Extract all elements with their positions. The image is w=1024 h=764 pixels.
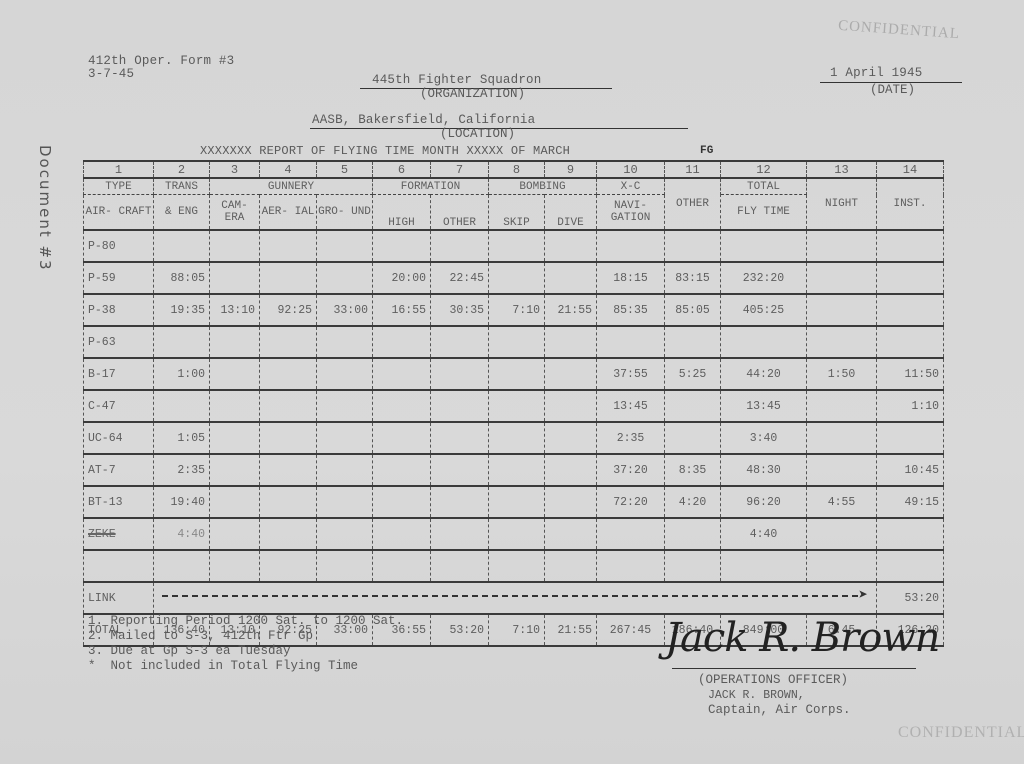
cell-dive bbox=[545, 358, 597, 390]
cell-camera bbox=[210, 518, 260, 550]
col-num: 1 bbox=[84, 161, 154, 178]
date-label: (DATE) bbox=[820, 83, 962, 97]
cell-high bbox=[373, 454, 431, 486]
cell-xc-nav: 18:15 bbox=[597, 262, 665, 294]
cell-total: 3:40 bbox=[721, 422, 807, 454]
cell-high bbox=[373, 486, 431, 518]
cell-dive bbox=[545, 486, 597, 518]
confidential-stamp-top: CONFIDENTIAL bbox=[838, 18, 961, 43]
cell-other bbox=[665, 422, 721, 454]
aircraft-type: P-38 bbox=[84, 294, 154, 326]
cell-ground bbox=[317, 230, 373, 262]
cell-xc-nav bbox=[597, 326, 665, 358]
cell-skip bbox=[489, 454, 545, 486]
subheader-aerial: AER- IAL bbox=[260, 195, 317, 231]
cell-aerial bbox=[260, 422, 317, 454]
cell-dive: 21:55 bbox=[545, 294, 597, 326]
cell-camera bbox=[210, 454, 260, 486]
header-type: TYPE bbox=[84, 178, 154, 195]
cell-other: 85:05 bbox=[665, 294, 721, 326]
cell-skip bbox=[489, 390, 545, 422]
cell-total bbox=[721, 230, 807, 262]
cell-high: 20:00 bbox=[373, 262, 431, 294]
cell-total: 44:20 bbox=[721, 358, 807, 390]
date-value: 1 April 1945 bbox=[820, 66, 962, 83]
cell-skip bbox=[489, 486, 545, 518]
officer-name: JACK R. BROWN, bbox=[708, 688, 851, 703]
cell-ground bbox=[317, 486, 373, 518]
cell-high bbox=[373, 230, 431, 262]
col-num: 11 bbox=[665, 161, 721, 178]
cell-night: 1:50 bbox=[807, 358, 877, 390]
cell-aerial bbox=[260, 326, 317, 358]
subheader-high: HIGH bbox=[373, 195, 431, 231]
table-row: P-59 88:05 20:00 22:45 18:15 83:15 232:2… bbox=[84, 262, 944, 294]
subheader-other-formation: OTHER bbox=[431, 195, 489, 231]
cell-high bbox=[373, 422, 431, 454]
col-num: 7 bbox=[431, 161, 489, 178]
cell-total: 13:45 bbox=[721, 390, 807, 422]
cell-high bbox=[373, 518, 431, 550]
cell-other: 8:35 bbox=[665, 454, 721, 486]
cell-xc-nav bbox=[597, 230, 665, 262]
footnote: 3. Due at Gp S-3 ea Tuesday bbox=[88, 644, 403, 659]
col-num: 9 bbox=[545, 161, 597, 178]
table-row: AT-7 2:35 37:20 8:35 48:30 10:45 bbox=[84, 454, 944, 486]
cell-aerial bbox=[260, 230, 317, 262]
cell-aerial: 92:25 bbox=[260, 294, 317, 326]
cell-skip bbox=[489, 358, 545, 390]
cell-skip bbox=[489, 518, 545, 550]
report-title: XXXXXXX REPORT OF FLYING TIME MONTH XXXX… bbox=[200, 144, 570, 158]
officer-block: (OPERATIONS OFFICER) JACK R. BROWN, Capt… bbox=[708, 673, 851, 718]
cell-other-formation: 30:35 bbox=[431, 294, 489, 326]
report-mark: FG bbox=[700, 145, 714, 157]
link-arrow-cell: ➤ bbox=[154, 582, 877, 614]
cell-other-formation bbox=[431, 230, 489, 262]
col-num: 8 bbox=[489, 161, 545, 178]
aircraft-type-struck: ZEKE bbox=[84, 518, 154, 550]
cell-dive bbox=[545, 262, 597, 294]
cell-skip bbox=[489, 230, 545, 262]
aircraft-type: P-63 bbox=[84, 326, 154, 358]
organization-label: (ORGANIZATION) bbox=[360, 87, 612, 101]
cell-inst: 11:50 bbox=[877, 358, 944, 390]
table-row: BT-13 19:40 72:20 4:20 96:20 4:55 49:15 bbox=[84, 486, 944, 518]
col-num: 14 bbox=[877, 161, 944, 178]
cell-night bbox=[807, 326, 877, 358]
header-formation: FORMATION bbox=[373, 178, 489, 195]
total-skip: 7:10 bbox=[489, 614, 545, 646]
handwritten-signature: Jack R. Brown bbox=[665, 615, 939, 661]
cell-skip bbox=[489, 262, 545, 294]
link-label: LINK bbox=[84, 582, 154, 614]
cell-total: 96:20 bbox=[721, 486, 807, 518]
cell-camera: 13:10 bbox=[210, 294, 260, 326]
cell-camera bbox=[210, 230, 260, 262]
table-row: P-80 bbox=[84, 230, 944, 262]
cell-total bbox=[721, 326, 807, 358]
cell-total: 232:20 bbox=[721, 262, 807, 294]
scanned-document: CONFIDENTIAL 412th Oper. Form #3 3-7-45 … bbox=[0, 0, 1024, 764]
table-row: P-63 bbox=[84, 326, 944, 358]
column-number-row: 1 2 3 4 5 6 7 8 9 10 11 12 13 14 bbox=[84, 161, 944, 178]
group-header-row: TYPE TRANS GUNNERY FORMATION BOMBING X-C… bbox=[84, 178, 944, 195]
col-num: 5 bbox=[317, 161, 373, 178]
col-num: 13 bbox=[807, 161, 877, 178]
cell-other-formation bbox=[431, 486, 489, 518]
cell-ground bbox=[317, 390, 373, 422]
cell-inst bbox=[877, 422, 944, 454]
cell-ground bbox=[317, 262, 373, 294]
subheader-fly-time: FLY TIME bbox=[721, 195, 807, 231]
aircraft-type: P-80 bbox=[84, 230, 154, 262]
cell-camera bbox=[210, 486, 260, 518]
total-xc-nav: 267:45 bbox=[597, 614, 665, 646]
cell-night bbox=[807, 454, 877, 486]
cell-xc-nav: 37:55 bbox=[597, 358, 665, 390]
link-inst: 53:20 bbox=[877, 582, 944, 614]
cell-night bbox=[807, 230, 877, 262]
col-num: 10 bbox=[597, 161, 665, 178]
cell-xc-nav: 13:45 bbox=[597, 390, 665, 422]
cell-camera bbox=[210, 358, 260, 390]
cell-aerial bbox=[260, 518, 317, 550]
link-row: LINK ➤ 53:20 bbox=[84, 582, 944, 614]
col-num: 12 bbox=[721, 161, 807, 178]
organization-field: 445th Fighter Squadron (ORGANIZATION) bbox=[360, 73, 612, 101]
cell-high bbox=[373, 326, 431, 358]
officer-title: (OPERATIONS OFFICER) bbox=[698, 673, 851, 688]
table-row: UC-64 1:05 2:35 3:40 bbox=[84, 422, 944, 454]
subheader-camera: CAM- ERA bbox=[210, 195, 260, 231]
cell-night: 4:55 bbox=[807, 486, 877, 518]
header-night: NIGHT bbox=[807, 178, 877, 230]
cell-other-formation bbox=[431, 518, 489, 550]
cell-other-formation: 22:45 bbox=[431, 262, 489, 294]
cell-other-formation bbox=[431, 454, 489, 486]
signature-line bbox=[672, 668, 916, 669]
cell-total: 48:30 bbox=[721, 454, 807, 486]
cell-other: 5:25 bbox=[665, 358, 721, 390]
cell-xc-nav: 37:20 bbox=[597, 454, 665, 486]
cell-total: 405:25 bbox=[721, 294, 807, 326]
aircraft-type: AT-7 bbox=[84, 454, 154, 486]
cell-inst bbox=[877, 230, 944, 262]
blank-row bbox=[84, 550, 944, 582]
cell-trans: 19:40 bbox=[154, 486, 210, 518]
col-num: 3 bbox=[210, 161, 260, 178]
footnote: 1. Reporting Period 1200 Sat. to 1200 Sa… bbox=[88, 614, 403, 629]
cell-inst: 1:10 bbox=[877, 390, 944, 422]
header-other: OTHER bbox=[665, 178, 721, 230]
col-num: 2 bbox=[154, 161, 210, 178]
cell-camera bbox=[210, 262, 260, 294]
cell-dive bbox=[545, 422, 597, 454]
cell-inst bbox=[877, 294, 944, 326]
cell-night bbox=[807, 262, 877, 294]
cell-dive bbox=[545, 326, 597, 358]
date-field: 1 April 1945 (DATE) bbox=[820, 66, 962, 97]
cell-skip: 7:10 bbox=[489, 294, 545, 326]
cell-ground bbox=[317, 422, 373, 454]
cell-other-formation bbox=[431, 422, 489, 454]
location-label: (LOCATION) bbox=[310, 127, 688, 141]
total-dive: 21:55 bbox=[545, 614, 597, 646]
cell-aerial bbox=[260, 486, 317, 518]
cell-ground bbox=[317, 454, 373, 486]
cell-xc-nav: 72:20 bbox=[597, 486, 665, 518]
header-total: TOTAL bbox=[721, 178, 807, 195]
officer-rank: Captain, Air Corps. bbox=[708, 703, 851, 718]
cell-aerial bbox=[260, 454, 317, 486]
flying-time-table: 1 2 3 4 5 6 7 8 9 10 11 12 13 14 TYPE TR… bbox=[83, 160, 944, 647]
aircraft-type: BT-13 bbox=[84, 486, 154, 518]
aircraft-type: P-59 bbox=[84, 262, 154, 294]
aircraft-type: B-17 bbox=[84, 358, 154, 390]
cell-camera bbox=[210, 326, 260, 358]
cell-other bbox=[665, 230, 721, 262]
cell-other-formation bbox=[431, 326, 489, 358]
cell-trans bbox=[154, 326, 210, 358]
cell-dive bbox=[545, 230, 597, 262]
subheader-ground: GRO- UND bbox=[317, 195, 373, 231]
cell-other-formation bbox=[431, 358, 489, 390]
cell-aerial bbox=[260, 358, 317, 390]
cell-other: 4:20 bbox=[665, 486, 721, 518]
cell-night bbox=[807, 294, 877, 326]
cell-high bbox=[373, 358, 431, 390]
cell-other bbox=[665, 518, 721, 550]
cell-inst bbox=[877, 326, 944, 358]
cell-camera bbox=[210, 390, 260, 422]
cell-other bbox=[665, 390, 721, 422]
arrow-right-icon: ➤ bbox=[158, 583, 872, 613]
confidential-stamp-bottom: CONFIDENTIAL bbox=[898, 724, 1024, 742]
total-other-formation: 53:20 bbox=[431, 614, 489, 646]
header-gunnery: GUNNERY bbox=[210, 178, 373, 195]
cell-total: 4:40 bbox=[721, 518, 807, 550]
cell-dive bbox=[545, 454, 597, 486]
cell-trans bbox=[154, 230, 210, 262]
table-row: B-17 1:00 37:55 5:25 44:20 1:50 11:50 bbox=[84, 358, 944, 390]
cell-xc-nav: 2:35 bbox=[597, 422, 665, 454]
table-row: P-38 19:35 13:10 92:25 33:00 16:55 30:35… bbox=[84, 294, 944, 326]
subheader-aircraft: AIR- CRAFT bbox=[84, 195, 154, 231]
cell-skip bbox=[489, 422, 545, 454]
cell-aerial bbox=[260, 390, 317, 422]
cell-ground bbox=[317, 518, 373, 550]
cell-other bbox=[665, 326, 721, 358]
cell-high bbox=[373, 390, 431, 422]
header-bombing: BOMBING bbox=[489, 178, 597, 195]
cell-dive bbox=[545, 390, 597, 422]
cell-night bbox=[807, 518, 877, 550]
cell-trans: 4:40 bbox=[154, 518, 210, 550]
cell-trans bbox=[154, 390, 210, 422]
footnote: 2. Mailed to S-3, 412th Ftr Gp bbox=[88, 629, 403, 644]
cell-camera bbox=[210, 422, 260, 454]
cell-other: 83:15 bbox=[665, 262, 721, 294]
cell-ground bbox=[317, 326, 373, 358]
cell-night bbox=[807, 390, 877, 422]
location-field: AASB, Bakersfield, California (LOCATION) bbox=[310, 113, 688, 141]
form-id: 412th Oper. Form #3 bbox=[88, 54, 234, 68]
cell-trans: 88:05 bbox=[154, 262, 210, 294]
cell-inst bbox=[877, 262, 944, 294]
col-num: 4 bbox=[260, 161, 317, 178]
cell-ground: 33:00 bbox=[317, 294, 373, 326]
header-inst: INST. bbox=[877, 178, 944, 230]
cell-xc-nav: 85:35 bbox=[597, 294, 665, 326]
cell-other-formation bbox=[431, 390, 489, 422]
subheader-skip: SKIP bbox=[489, 195, 545, 231]
header-trans: TRANS bbox=[154, 178, 210, 195]
cell-inst bbox=[877, 518, 944, 550]
subheader-eng: & ENG bbox=[154, 195, 210, 231]
cell-trans: 2:35 bbox=[154, 454, 210, 486]
footnote: * Not included in Total Flying Time bbox=[88, 659, 403, 674]
cell-ground bbox=[317, 358, 373, 390]
side-note-document-number: Document #3 bbox=[36, 145, 54, 272]
cell-aerial bbox=[260, 262, 317, 294]
cell-night bbox=[807, 422, 877, 454]
cell-inst: 10:45 bbox=[877, 454, 944, 486]
aircraft-type: UC-64 bbox=[84, 422, 154, 454]
cell-inst: 49:15 bbox=[877, 486, 944, 518]
aircraft-type: C-47 bbox=[84, 390, 154, 422]
cell-trans: 1:00 bbox=[154, 358, 210, 390]
table-row: C-47 13:45 13:45 1:10 bbox=[84, 390, 944, 422]
cell-trans: 19:35 bbox=[154, 294, 210, 326]
header-xc: X-C bbox=[597, 178, 665, 195]
cell-xc-nav bbox=[597, 518, 665, 550]
subheader-navigation: NAVI- GATION bbox=[597, 195, 665, 231]
form-date: 3-7-45 bbox=[88, 67, 134, 81]
subheader-dive: DIVE bbox=[545, 195, 597, 231]
cell-skip bbox=[489, 326, 545, 358]
col-num: 6 bbox=[373, 161, 431, 178]
cell-high: 16:55 bbox=[373, 294, 431, 326]
cell-dive bbox=[545, 518, 597, 550]
footnotes: 1. Reporting Period 1200 Sat. to 1200 Sa… bbox=[88, 614, 403, 674]
cell-trans: 1:05 bbox=[154, 422, 210, 454]
table-row: ZEKE 4:40 4:40 bbox=[84, 518, 944, 550]
